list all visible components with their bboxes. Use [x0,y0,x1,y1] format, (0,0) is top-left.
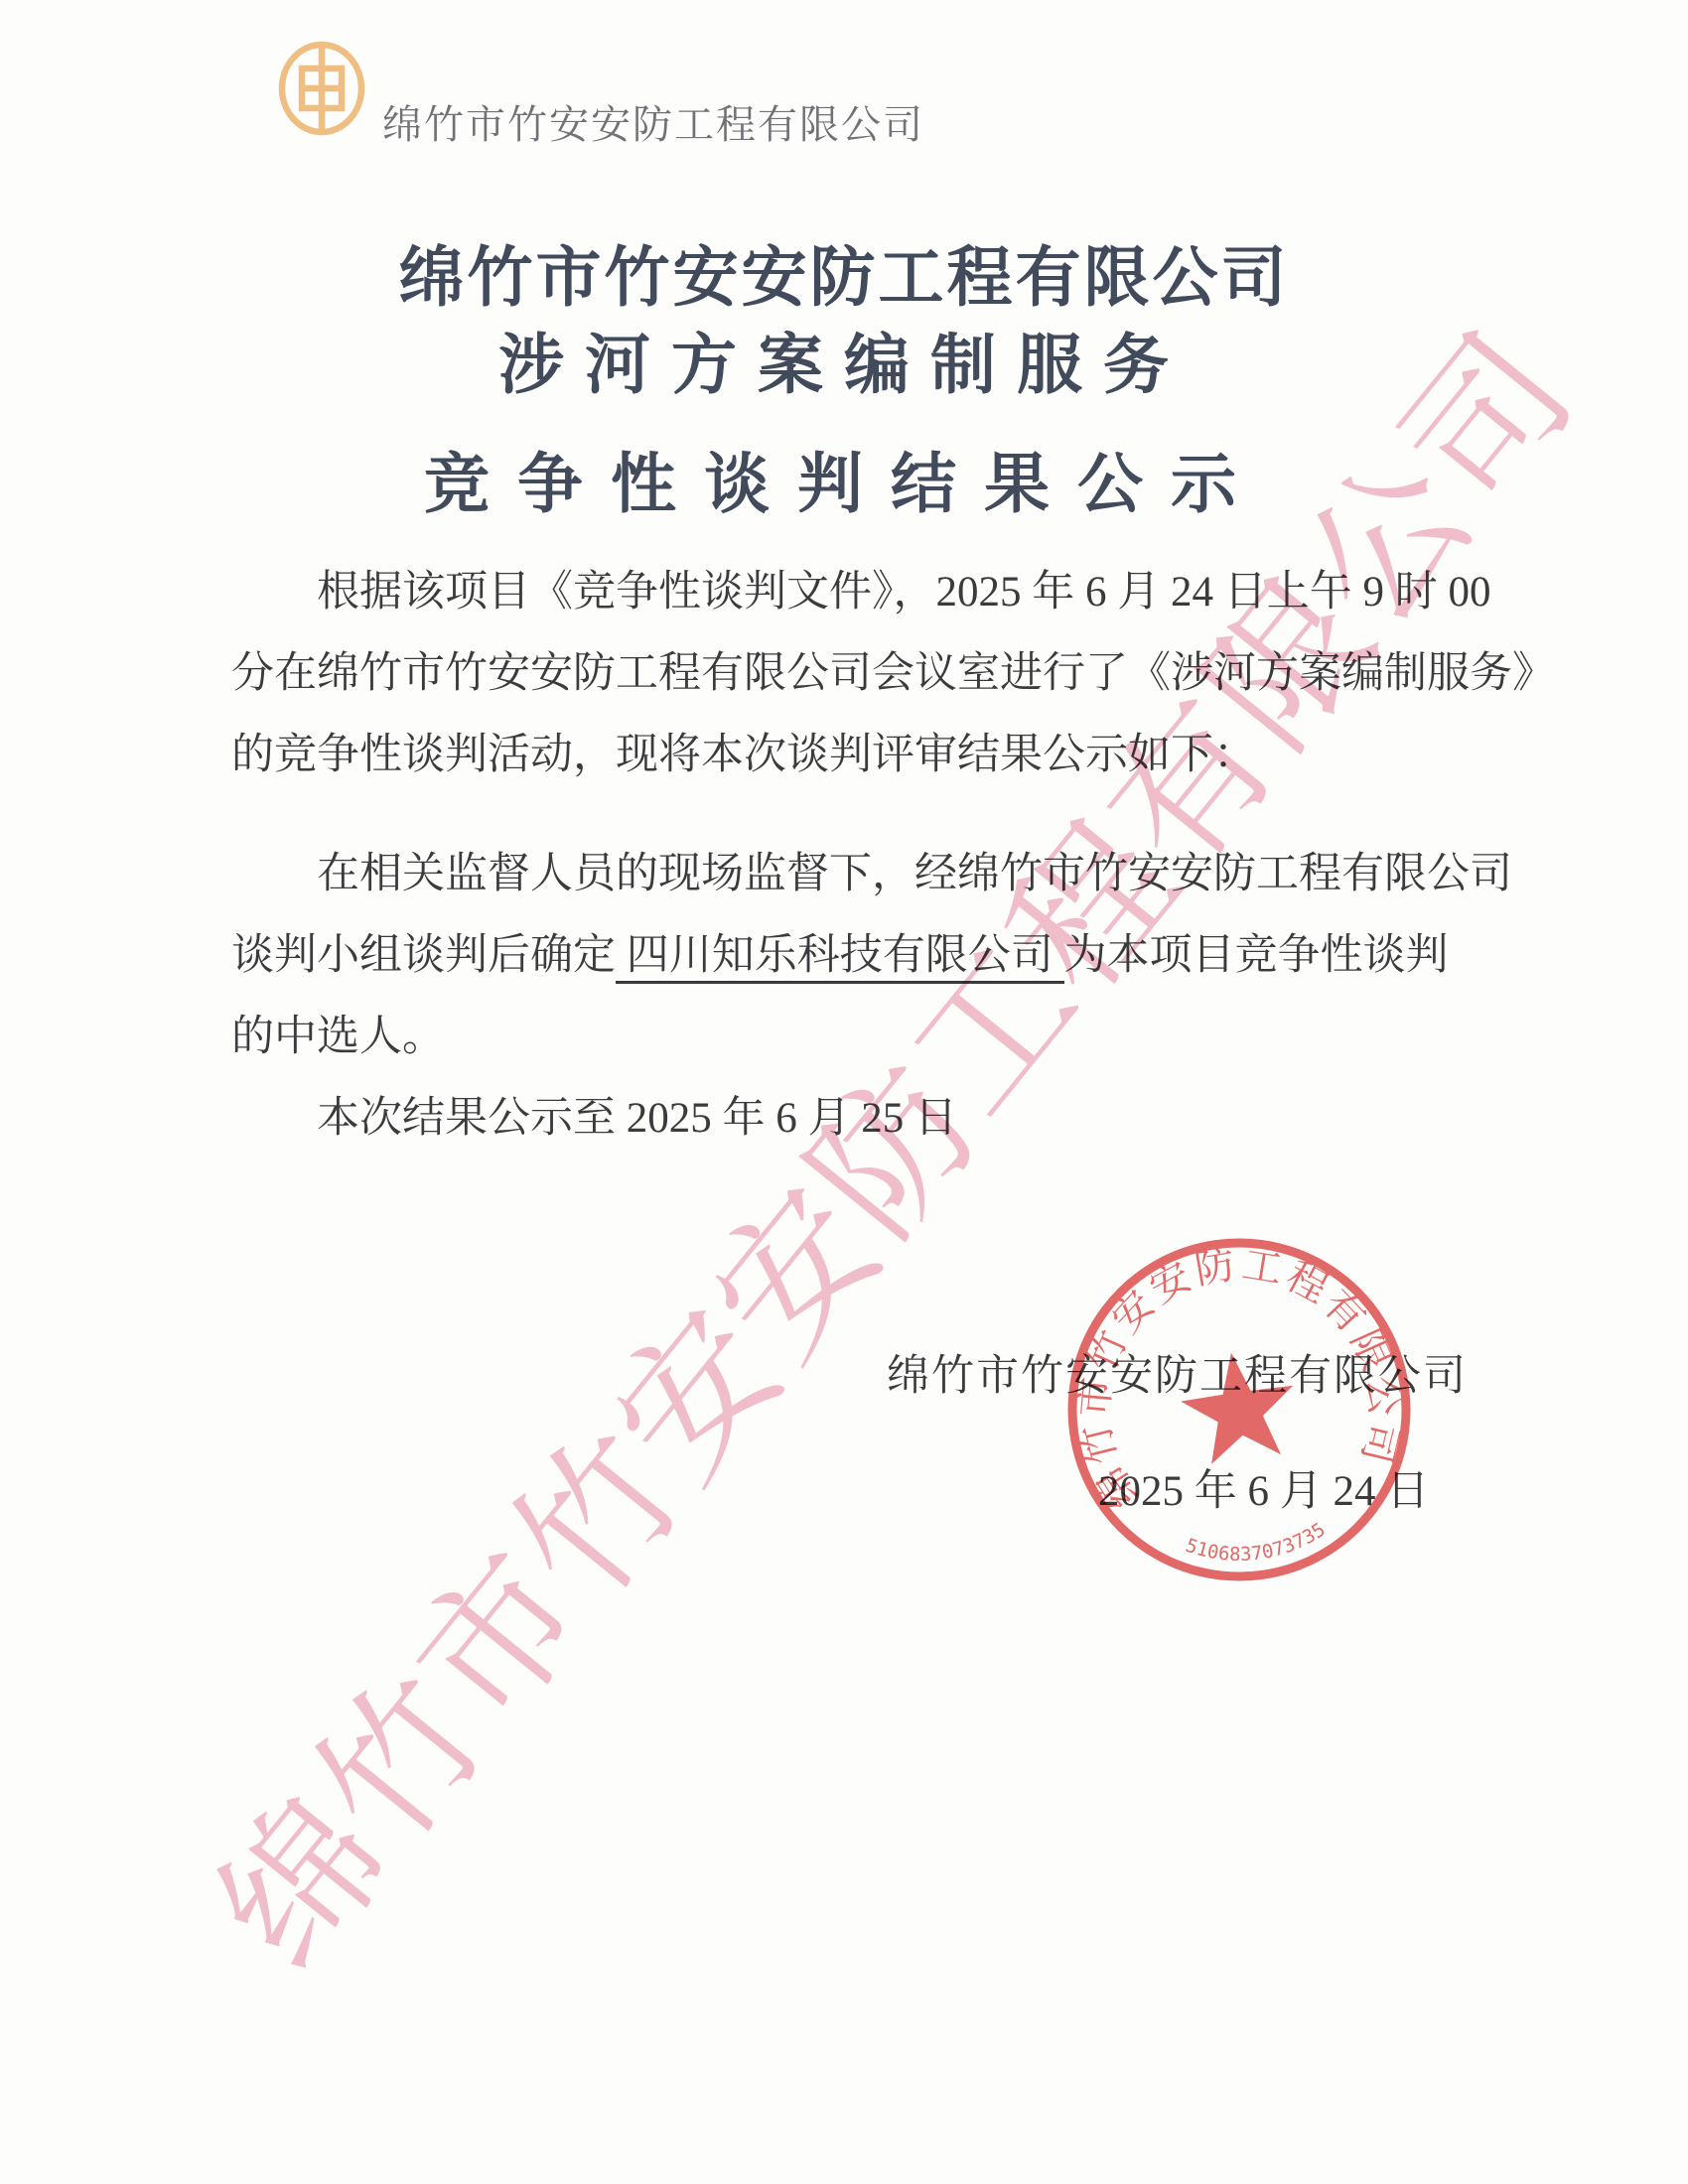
official-seal: 绵竹市竹安安防工程有限公司 5106837073735 [1041,1211,1438,1608]
title-line-1: 绵竹市竹安安防工程有限公司 [0,224,1688,319]
title-line-3: 竞争性谈判结果公示 [0,431,1688,525]
seal-serial-number: 5106837073735 [1180,1515,1332,1574]
paragraph-publicity-period: 本次结果公示至 2025 年 6 月 25 日 [231,1078,957,1160]
signature-date: 2025 年 6 月 24 日 [1098,1457,1429,1518]
seal-ring [1051,1221,1427,1597]
svg-text:5106837073735: 5106837073735 [1180,1515,1332,1574]
header-company-name: 绵竹市竹安安防工程有限公司 [382,93,924,150]
title-line-2: 涉河方案编制服务 [0,312,1688,406]
winner-company-name: 四川知乐科技有限公司 [616,932,1064,984]
paragraph-result: 在相关监督人员的现场监督下，经绵竹市竹安安防工程有限公司 谈判小组谈判后确定 四… [231,834,1512,1078]
paragraph-announcement-intro: 根据该项目《竞争性谈判文件》，2025 年 6 月 24 日上午 9 时 00 … [231,552,1555,796]
company-logo-icon [276,40,367,137]
document-page: 绵竹市竹安安防工程有限公司 绵竹市竹安安防工程有限公司 绵竹市竹安安防工程有限公… [0,0,1688,2184]
signature-company: 绵竹市竹安安防工程有限公司 [887,1342,1468,1403]
